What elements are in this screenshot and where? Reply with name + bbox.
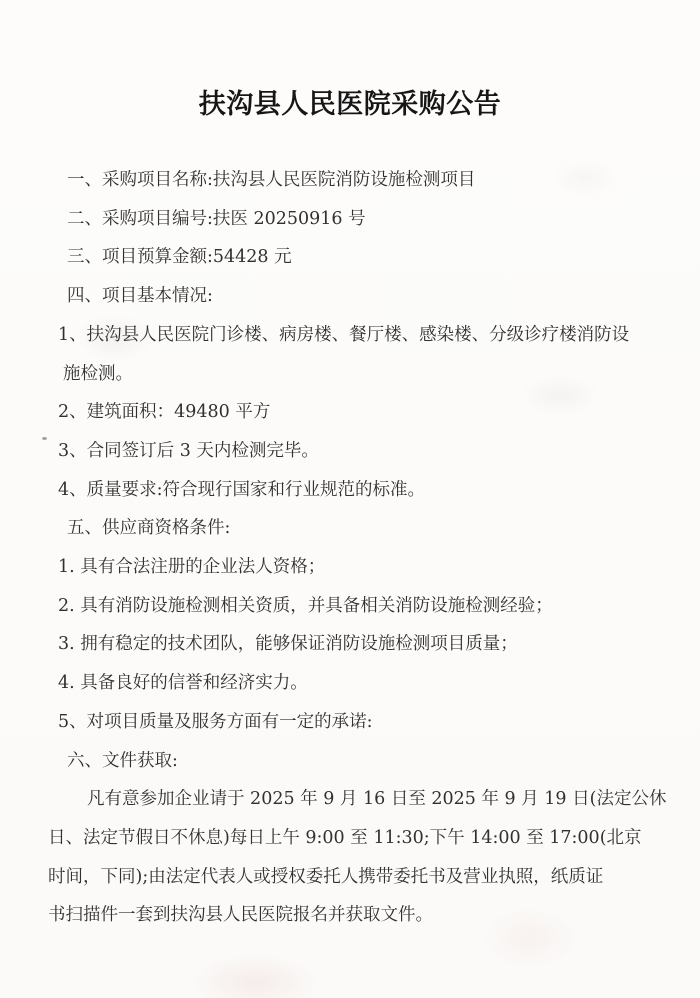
doc-line-para-2: 日、法定节假日不休息)每日上午 9:00 至 11:30;下午 14:00 至 … [0,819,664,858]
doc-line-project-name: 一、采购项目名称:扶沟县人民医院消防设施检测项目 [0,161,664,200]
page-title: 扶沟县人民医院采购公告 [0,82,700,121]
doc-line-supplier-head: 五、供应商资格条件: [0,509,664,548]
document-page: 扶沟县人民医院采购公告 一、采购项目名称:扶沟县人民医院消防设施检测项目 二、采… [0,0,700,998]
doc-line-deadline: 3、合同签订后 3 天内检测完毕。 [0,432,664,471]
doc-line-commitment: 5、对项目质量及服务方面有一定的承诺: [0,703,664,742]
doc-line-qual-3: 3. 拥有稳定的技术团队，能够保证消防设施检测项目质量； [0,625,664,664]
doc-line-budget: 三、项目预算金额:54428 元 [0,238,664,277]
doc-line-qual-2: 2. 具有消防设施检测相关资质，并具备相关消防设施检测经验； [0,587,664,626]
doc-line-qual-4: 4. 具备良好的信誉和经济实力。 [0,664,664,703]
doc-line-project-number: 二、采购项目编号:扶医 20250916 号 [0,200,664,239]
document-body: 一、采购项目名称:扶沟县人民医院消防设施检测项目 二、采购项目编号:扶医 202… [0,161,664,935]
doc-line-area: 2、建筑面积：49480 平方 [0,393,664,432]
doc-line-para-4: 书扫描件一套到扶沟县人民医院报名并获取文件。 [0,896,664,935]
doc-line-buildings-cont: 施检测。 [0,355,664,394]
doc-line-file-head: 六、文件获取: [0,742,664,781]
doc-line-para-1: 凡有意参加企业请于 2025 年 9 月 16 日至 2025 年 9 月 19… [0,780,664,819]
doc-line-buildings: 1、扶沟县人民医院门诊楼、病房楼、餐厅楼、感染楼、分级诊疗楼消防设 [0,316,664,355]
doc-line-quality: 4、质量要求:符合现行国家和行业规范的标准。 [0,471,664,510]
doc-line-qual-1: 1. 具有合法注册的企业法人资格； [0,548,664,587]
doc-line-para-3: 时间，下同);由法定代表人或授权委托人携带委托书及营业执照，纸质证 [0,858,664,897]
doc-line-basic-info-head: 四、项目基本情况: [0,277,664,316]
